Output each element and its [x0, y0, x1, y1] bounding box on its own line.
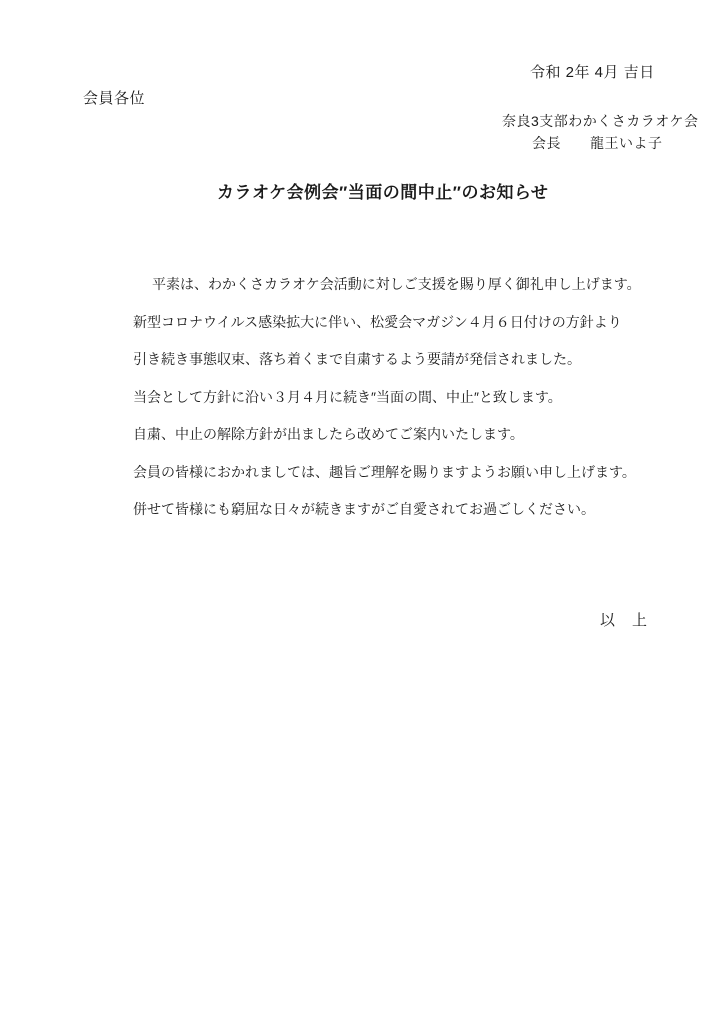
document-date: 令和 2年 4月 吉日 — [530, 64, 655, 83]
body-paragraph-7: 併せて皆様にも窮屈な日々が続きますがご自愛されてお過ごしください。 — [133, 501, 595, 519]
document-title: カラオケ会例会″当面の間中止″のお知らせ — [217, 182, 548, 203]
notice-document: 令和 2年 4月 吉日 会員各位 奈良3支部わかくさカラオケ会 会長 龍王いよ子… — [0, 0, 724, 1024]
closing-phrase: 以 上 — [600, 612, 648, 631]
body-paragraph-4: 当会として方針に沿い３月４月に続き″当面の間、中止″と致します。 — [133, 389, 562, 407]
sender-organization: 奈良3支部わかくさカラオケ会 — [502, 113, 699, 131]
body-paragraph-3: 引き続き事態収束、落ち着くまで自粛するよう要請が発信されました。 — [133, 351, 581, 369]
body-paragraph-6: 会員の皆様におかれましては、趣旨ご理解を賜りますようお願い申し上げます。 — [133, 464, 636, 482]
body-paragraph-5: 自粛、中止の解除方針が出ましたら改めてご案内いたします。 — [133, 426, 524, 444]
body-paragraph-1: 平素は、わかくさカラオケ会活動に対しご支援を賜り厚く御礼申し上げます。 — [133, 276, 641, 294]
addressee: 会員各位 — [83, 90, 145, 109]
body-paragraph-2: 新型コロナウイルス感染拡大に伴い、松愛会マガジン４月６日付けの方針より — [133, 314, 622, 332]
sender-president: 会長 龍王いよ子 — [532, 135, 663, 153]
